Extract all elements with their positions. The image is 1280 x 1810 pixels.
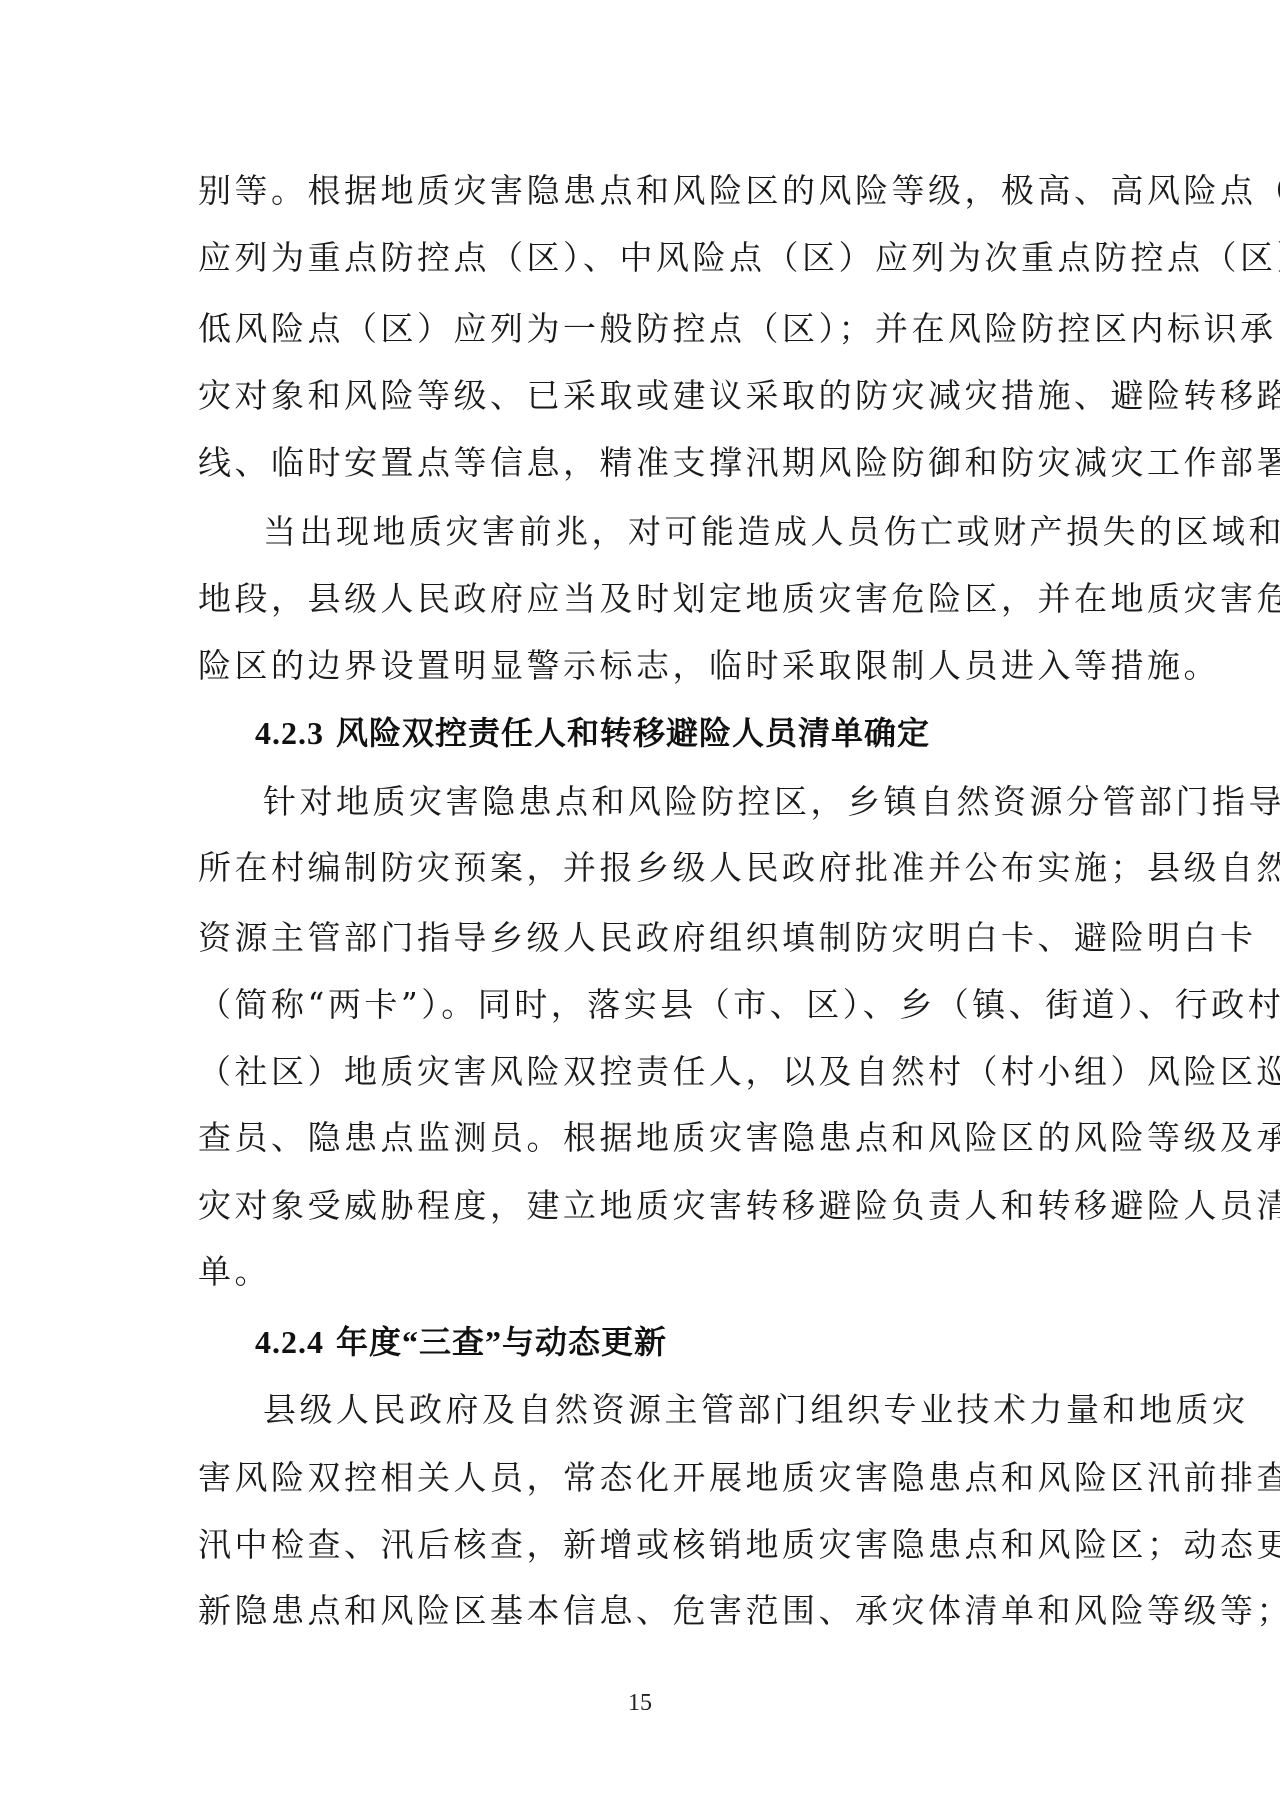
paragraph-line: 针对地质灾害隐患点和风险防控区，乡镇自然资源分管部门指导 — [263, 782, 1098, 822]
section-title: 风险双控责任人和转移避险人员清单确定 — [336, 715, 930, 751]
paragraph-line: 应列为重点防控点（区）、中风险点（区）应列为次重点防控点（区）、 — [198, 238, 1098, 278]
paragraph-line: 灾对象受威胁程度，建立地质灾害转移避险负责人和转移避险人员清 — [198, 1186, 1098, 1226]
paragraph-line: 所在村编制防灾预案，并报乡级人民政府批准并公布实施；县级自然 — [198, 848, 1098, 888]
paragraph-line: 地段，县级人民政府应当及时划定地质灾害危险区，并在地质灾害危 — [198, 579, 1098, 619]
document-page: 别等。根据地质灾害隐患点和风险区的风险等级，极高、高风险点（区） 应列为重点防控… — [0, 0, 1280, 1810]
section-number: 4.2.3 — [255, 715, 324, 751]
paragraph-line: （简称“两卡”）。同时，落实县（市、区）、乡（镇、街道）、行政村 — [198, 985, 1098, 1025]
section-heading-4-2-3: 4.2.3风险双控责任人和转移避险人员清单确定 — [255, 713, 930, 753]
page-number: 15 — [0, 1690, 1280, 1717]
paragraph-line: 资源主管部门指导乡级人民政府组织填制防灾明白卡、避险明白卡 — [198, 918, 1098, 958]
paragraph-line: 县级人民政府及自然资源主管部门组织专业技术力量和地质灾 — [263, 1390, 1098, 1430]
paragraph-line: 险区的边界设置明显警示标志，临时采取限制人员进入等措施。 — [198, 646, 1098, 686]
section-number: 4.2.4 — [255, 1324, 324, 1360]
paragraph-line: 害风险双控相关人员，常态化开展地质灾害隐患点和风险区汛前排查、 — [198, 1458, 1098, 1498]
paragraph-line: 新隐患点和风险区基本信息、危害范围、承灾体清单和风险等级等； — [198, 1591, 1098, 1631]
paragraph-line: 灾对象和风险等级、已采取或建议采取的防灾减灾措施、避险转移路 — [198, 376, 1098, 416]
paragraph-line: 查员、隐患点监测员。根据地质灾害隐患点和风险区的风险等级及承 — [198, 1118, 1098, 1158]
paragraph-line: 汛中检查、汛后核查，新增或核销地质灾害隐患点和风险区；动态更 — [198, 1525, 1098, 1565]
paragraph-line: 低风险点（区）应列为一般防控点（区）；并在风险防控区内标识承 — [198, 309, 1098, 349]
paragraph-line: 当出现地质灾害前兆，对可能造成人员伤亡或财产损失的区域和 — [263, 512, 1098, 552]
paragraph-line: 别等。根据地质灾害隐患点和风险区的风险等级，极高、高风险点（区） — [198, 171, 1098, 211]
paragraph-line: 线、临时安置点等信息，精准支撑汛期风险防御和防灾减灾工作部署。 — [198, 443, 1098, 483]
section-heading-4-2-4: 4.2.4年度“三查”与动态更新 — [255, 1322, 667, 1362]
section-title: 年度“三查”与动态更新 — [336, 1324, 667, 1360]
paragraph-line: 单。 — [198, 1252, 1098, 1292]
paragraph-line: （社区）地质灾害风险双控责任人，以及自然村（村小组）风险区巡 — [198, 1052, 1098, 1092]
